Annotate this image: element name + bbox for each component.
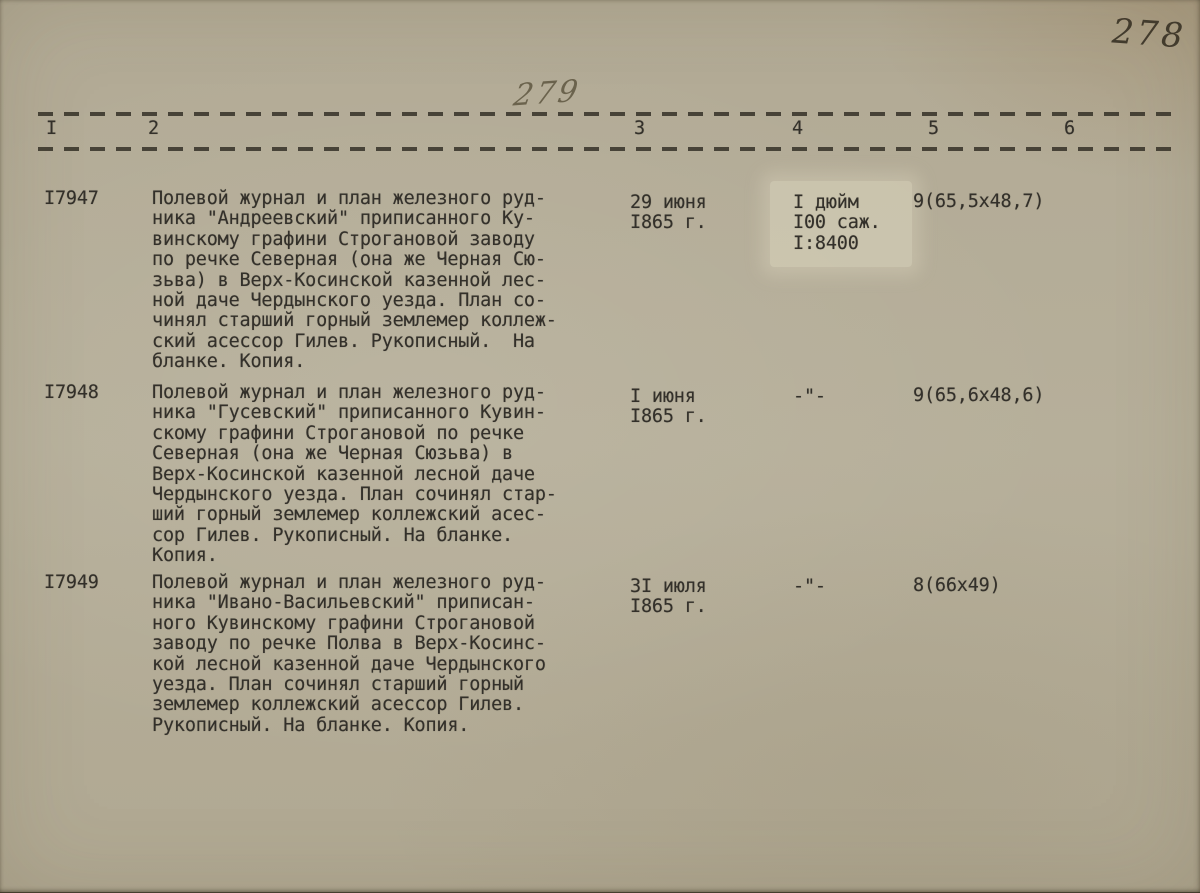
table-header-dashed-rule-top [38, 112, 1172, 116]
entry-scale: -"- [793, 387, 826, 407]
column-header-4: 4 [792, 119, 803, 139]
entry-number: I7949 [44, 573, 99, 593]
column-header-1: I [46, 119, 57, 139]
entry-description: Полевой журнал и план железного руд- ник… [152, 189, 588, 373]
entry-scale: I дюйм I00 саж. I:8400 [793, 193, 881, 254]
entry-dimensions: 8(66x49) [913, 576, 1001, 596]
handwritten-folio-number-center: 279 [511, 73, 583, 113]
column-header-3: 3 [634, 119, 645, 139]
column-header-6: 6 [1064, 119, 1075, 139]
entry-description: Полевой журнал и план железного руд- ник… [152, 573, 588, 736]
table-header-dashed-rule-bottom [38, 147, 1172, 151]
entry-number: I7947 [44, 189, 99, 209]
entry-date: 3I июля I865 г. [630, 577, 707, 618]
handwritten-folio-number-corner: 278 [1111, 11, 1188, 56]
entry-scale: -"- [793, 577, 826, 597]
entry-dimensions: 9(65,6x48,6) [913, 386, 1044, 406]
entry-date: I июня I865 г. [630, 387, 707, 428]
entry-date: 29 июня I865 г. [630, 193, 707, 234]
column-header-2: 2 [148, 119, 159, 139]
scanned-document-page: 278 279 I 2 3 4 5 6 I7947 Полевой журнал… [0, 0, 1200, 893]
entry-dimensions: 9(65,5x48,7) [913, 192, 1044, 212]
entry-number: I7948 [44, 383, 99, 403]
column-header-5: 5 [928, 119, 939, 139]
entry-description: Полевой журнал и план железного руд- ник… [152, 383, 588, 567]
